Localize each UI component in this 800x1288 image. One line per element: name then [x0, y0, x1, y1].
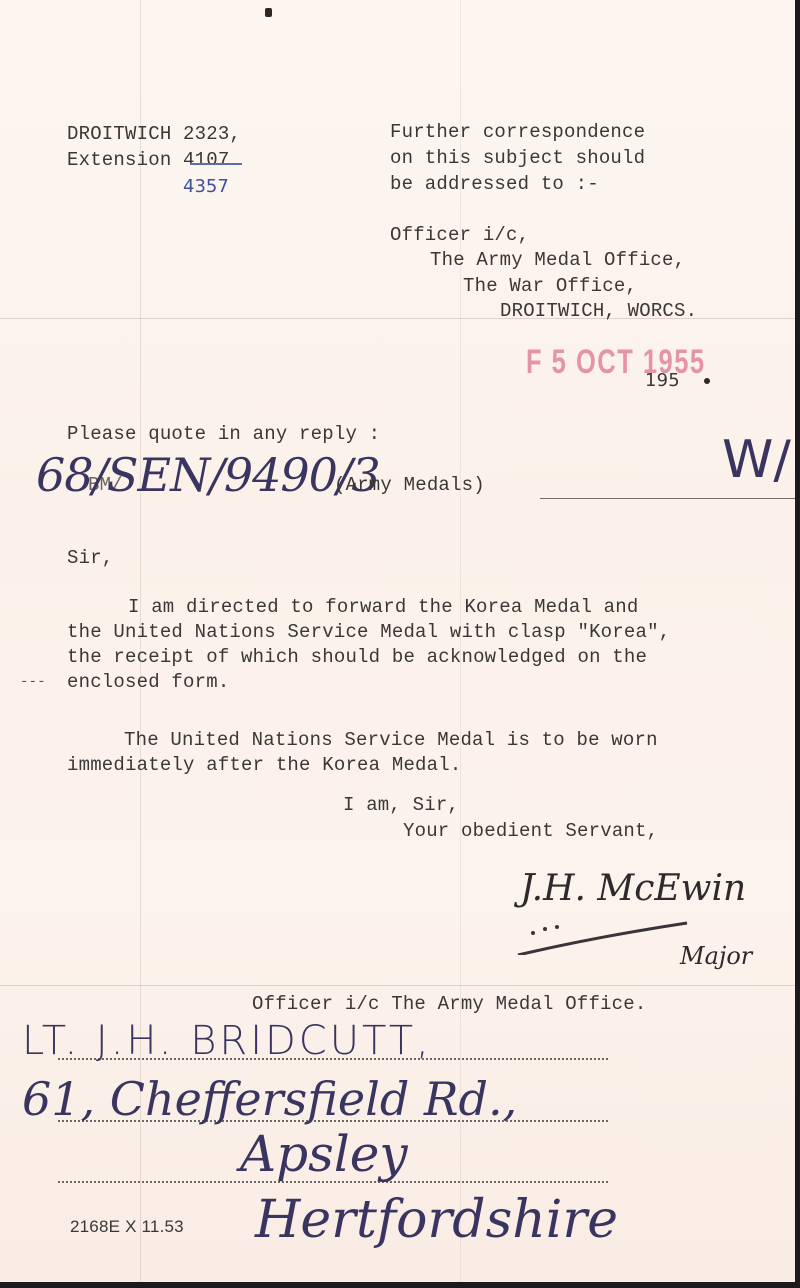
handwritten-extension: 4357: [183, 176, 229, 197]
extension-line: Extension 4107: [67, 147, 229, 173]
margin-dashes: ---: [20, 669, 46, 695]
recipient-street: 61, Cheffersfield Rd.,: [22, 1072, 517, 1126]
fold-crease: [0, 985, 795, 986]
address-line-2: The Army Medal Office,: [430, 247, 685, 273]
form-code: 2168E X 11.53: [70, 1214, 184, 1240]
correspondence-line-3: be addressed to :-: [390, 171, 599, 197]
margin-initials: W/: [722, 430, 791, 490]
extension-struck: 4107: [183, 149, 229, 171]
date-stamp-prefix: F: [526, 343, 543, 381]
paragraph1-line-3: the receipt of which should be acknowled…: [67, 644, 647, 670]
paragraph2-line-1: The United Nations Service Medal is to b…: [124, 727, 658, 753]
extension-label: Extension: [67, 149, 183, 171]
reference-label: Please quote in any reply :: [67, 421, 380, 447]
reference-suffix: (Army Medals): [334, 472, 485, 498]
paragraph1-line-2: the United Nations Service Medal with cl…: [67, 619, 670, 645]
paper-tear: [540, 498, 795, 499]
signature-underline: [515, 915, 695, 955]
ink-fleck: [265, 8, 272, 17]
strikethrough: [190, 163, 242, 165]
paragraph1-line-1: I am directed to forward the Korea Medal…: [128, 594, 638, 620]
handwritten-reference: 68/SEN/9490/3: [36, 448, 380, 502]
address-line-4: DROITWICH, WORCS.: [500, 298, 697, 324]
closing-line-2: Your obedient Servant,: [403, 818, 658, 844]
date-stamp-text: 5 OCT 1955: [552, 343, 706, 381]
recipient-name: LT. J.H. BRIDCUTT,: [22, 1018, 432, 1064]
letter-page: DROITWICH 2323, Extension 4107 4357 Furt…: [0, 0, 795, 1282]
signature-rank: Major: [680, 942, 752, 970]
signature: J.H. McEwin: [520, 868, 746, 909]
phone-line: DROITWICH 2323,: [67, 121, 241, 147]
address-line-3: The War Office,: [463, 273, 637, 299]
correspondence-line-2: on this subject should: [390, 145, 645, 171]
paragraph1-line-4: enclosed form.: [67, 669, 229, 695]
correspondence-line-1: Further correspondence: [390, 119, 645, 145]
period-mark: [704, 378, 710, 384]
signatory-title: Officer i/c The Army Medal Office.: [252, 991, 646, 1017]
recipient-town: Apsley: [240, 1125, 408, 1183]
recipient-county: Hertfordshire: [255, 1190, 618, 1250]
paragraph2-line-2: immediately after the Korea Medal.: [67, 752, 461, 778]
typed-year: 195: [645, 368, 680, 394]
address-line-1: Officer i/c,: [390, 222, 529, 248]
salutation: Sir,: [67, 545, 113, 571]
closing-line-1: I am, Sir,: [343, 792, 459, 818]
